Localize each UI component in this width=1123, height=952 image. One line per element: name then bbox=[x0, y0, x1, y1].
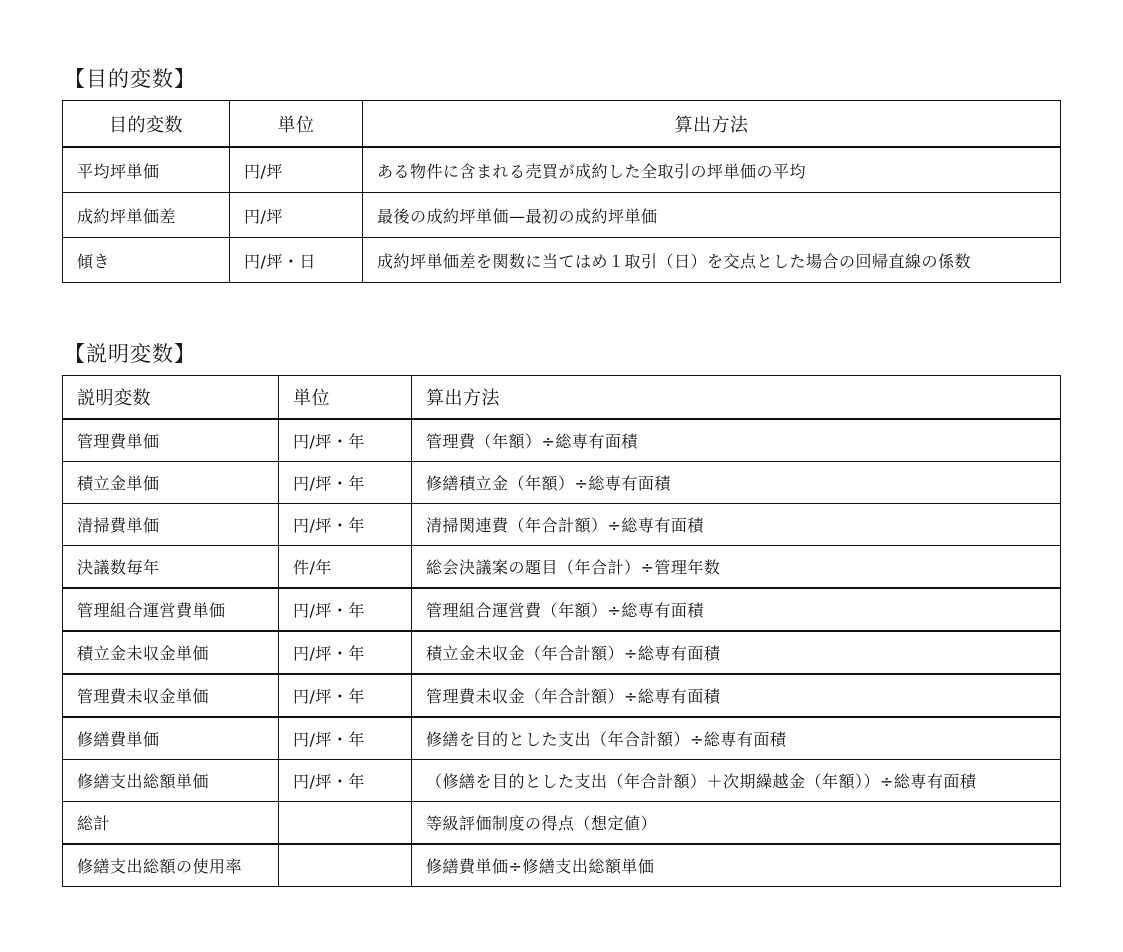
cell-unit: 円/坪 bbox=[230, 193, 363, 238]
cell-variable: 総計 bbox=[63, 802, 279, 845]
cell-variable: 修繕支出総額の使用率 bbox=[63, 844, 279, 887]
table-row: 決議数毎年 件/年 総会決議案の題目（年合計）÷管理年数 bbox=[63, 546, 1061, 589]
cell-method: 等級評価制度の得点（想定値） bbox=[412, 802, 1061, 845]
cell-method: 修繕積立金（年額）÷総専有面積 bbox=[412, 462, 1061, 504]
cell-variable: 管理組合運営費単価 bbox=[63, 588, 279, 631]
cell-method: 成約坪単価差を関数に当てはめ１取引（日）を交点とした場合の回帰直線の係数 bbox=[363, 238, 1061, 283]
cell-variable: 清掃費単価 bbox=[63, 504, 279, 546]
cell-variable: 傾き bbox=[63, 238, 230, 283]
table-row: 平均坪単価 円/坪 ある物件に含まれる売買が成約した全取引の坪単価の平均 bbox=[63, 147, 1061, 193]
cell-unit: 円/坪・年 bbox=[279, 674, 412, 717]
cell-unit: 円/坪・年 bbox=[279, 717, 412, 760]
table-row: 総計 等級評価制度の得点（想定値） bbox=[63, 802, 1061, 845]
objective-section-title: 【目的変数】 bbox=[64, 63, 196, 93]
cell-variable: 管理費未収金単価 bbox=[63, 674, 279, 717]
header-variable: 目的変数 bbox=[63, 101, 230, 148]
cell-variable: 平均坪単価 bbox=[63, 147, 230, 193]
cell-variable: 積立金単価 bbox=[63, 462, 279, 504]
cell-unit bbox=[279, 844, 412, 887]
explanatory-section-title: 【説明変数】 bbox=[64, 338, 196, 368]
table-row: 傾き 円/坪・日 成約坪単価差を関数に当てはめ１取引（日）を交点とした場合の回帰… bbox=[63, 238, 1061, 283]
explanatory-variables-table: 説明変数 単位 算出方法 管理費単価 円/坪・年 管理費（年額）÷総専有面積 積… bbox=[62, 375, 1061, 887]
cell-method: ある物件に含まれる売買が成約した全取引の坪単価の平均 bbox=[363, 147, 1061, 193]
cell-variable: 管理費単価 bbox=[63, 419, 279, 462]
cell-method: 管理組合運営費（年額）÷総専有面積 bbox=[412, 588, 1061, 631]
cell-method: 最後の成約坪単価—最初の成約坪単価 bbox=[363, 193, 1061, 238]
table-row: 修繕支出総額単価 円/坪・年 （修繕を目的とした支出（年合計額）＋次期繰越金（年… bbox=[63, 760, 1061, 802]
table-row: 成約坪単価差 円/坪 最後の成約坪単価—最初の成約坪単価 bbox=[63, 193, 1061, 238]
cell-unit: 円/坪・年 bbox=[279, 588, 412, 631]
header-unit: 単位 bbox=[279, 376, 412, 420]
objective-variables-table: 目的変数 単位 算出方法 平均坪単価 円/坪 ある物件に含まれる売買が成約した全… bbox=[62, 100, 1061, 283]
cell-unit: 件/年 bbox=[279, 546, 412, 589]
cell-unit: 円/坪 bbox=[230, 147, 363, 193]
cell-variable: 修繕支出総額単価 bbox=[63, 760, 279, 802]
table-row: 積立金単価 円/坪・年 修繕積立金（年額）÷総専有面積 bbox=[63, 462, 1061, 504]
table-row: 管理費単価 円/坪・年 管理費（年額）÷総専有面積 bbox=[63, 419, 1061, 462]
cell-method: （修繕を目的とした支出（年合計額）＋次期繰越金（年額））÷総専有面積 bbox=[412, 760, 1061, 802]
cell-unit: 円/坪・年 bbox=[279, 419, 412, 462]
cell-method: 総会決議案の題目（年合計）÷管理年数 bbox=[412, 546, 1061, 589]
cell-method: 管理費未収金（年合計額）÷総専有面積 bbox=[412, 674, 1061, 717]
cell-method: 修繕費単価÷修繕支出総額単価 bbox=[412, 844, 1061, 887]
header-method: 算出方法 bbox=[412, 376, 1061, 420]
cell-method: 管理費（年額）÷総専有面積 bbox=[412, 419, 1061, 462]
cell-variable: 積立金未収金単価 bbox=[63, 631, 279, 674]
cell-unit: 円/坪・年 bbox=[279, 631, 412, 674]
cell-unit: 円/坪・年 bbox=[279, 462, 412, 504]
cell-unit bbox=[279, 802, 412, 845]
table-row: 修繕費単価 円/坪・年 修繕を目的とした支出（年合計額）÷総専有面積 bbox=[63, 717, 1061, 760]
cell-unit: 円/坪・年 bbox=[279, 504, 412, 546]
header-variable: 説明変数 bbox=[63, 376, 279, 420]
table-row: 管理組合運営費単価 円/坪・年 管理組合運営費（年額）÷総専有面積 bbox=[63, 588, 1061, 631]
table-row: 管理費未収金単価 円/坪・年 管理費未収金（年合計額）÷総専有面積 bbox=[63, 674, 1061, 717]
cell-unit: 円/坪・年 bbox=[279, 760, 412, 802]
header-method: 算出方法 bbox=[363, 101, 1061, 148]
cell-method: 積立金未収金（年合計額）÷総専有面積 bbox=[412, 631, 1061, 674]
table-header-row: 説明変数 単位 算出方法 bbox=[63, 376, 1061, 420]
table-row: 修繕支出総額の使用率 修繕費単価÷修繕支出総額単価 bbox=[63, 844, 1061, 887]
table-row: 清掃費単価 円/坪・年 清掃関連費（年合計額）÷総専有面積 bbox=[63, 504, 1061, 546]
cell-variable: 決議数毎年 bbox=[63, 546, 279, 589]
cell-unit: 円/坪・日 bbox=[230, 238, 363, 283]
cell-variable: 修繕費単価 bbox=[63, 717, 279, 760]
table-row: 積立金未収金単価 円/坪・年 積立金未収金（年合計額）÷総専有面積 bbox=[63, 631, 1061, 674]
cell-variable: 成約坪単価差 bbox=[63, 193, 230, 238]
cell-method: 修繕を目的とした支出（年合計額）÷総専有面積 bbox=[412, 717, 1061, 760]
cell-method: 清掃関連費（年合計額）÷総専有面積 bbox=[412, 504, 1061, 546]
header-unit: 単位 bbox=[230, 101, 363, 148]
table-header-row: 目的変数 単位 算出方法 bbox=[63, 101, 1061, 148]
